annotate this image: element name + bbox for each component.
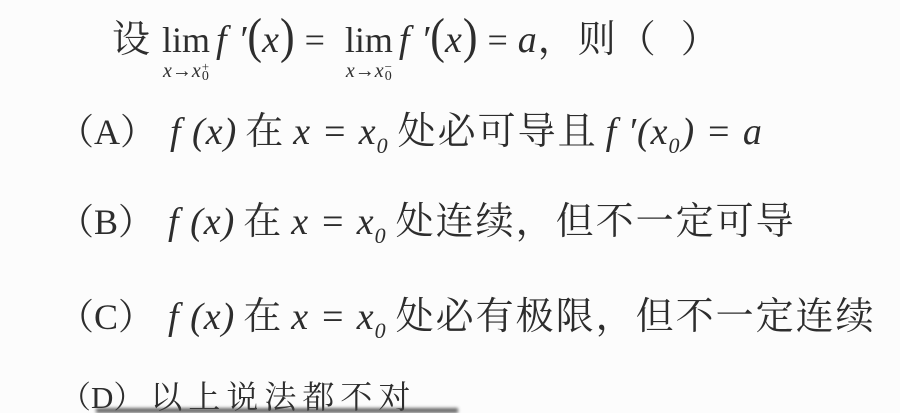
question-lead-text: 设 <box>112 8 152 63</box>
var-x: x <box>262 18 280 62</box>
limit-approach-text: x→x <box>346 61 384 81</box>
zai-text: 在 <box>243 285 283 340</box>
lim-operator: lim <box>162 22 210 60</box>
option-c-tail-text: 处必有极限，但不一定连续 <box>396 285 876 340</box>
var-x: x <box>445 18 463 62</box>
subscript-zero: 0 <box>669 133 680 159</box>
limit-approach-text: x→x <box>163 61 201 81</box>
option-c-label: （C） <box>58 289 154 340</box>
zai-text: 在 <box>243 190 283 245</box>
option-a: （A） f (x) 在 x = x 0 处必可导且 f ′(x 0 ) = a <box>58 100 763 155</box>
question-page: 设 lim x→x+0 f ′ ( x ) = lim x→x−0 f ′ ( … <box>0 0 900 413</box>
close-paren: ) <box>463 8 478 65</box>
close-paren: ) <box>280 8 295 65</box>
open-paren: ( <box>430 8 445 65</box>
f-of-x: f (x) <box>168 200 235 244</box>
plus-over-zero-stack: +0 <box>202 62 209 82</box>
limit-left-block: lim x→x−0 <box>345 22 393 81</box>
option-b: （B） f (x) 在 x = x 0 处连续，但不一定可导 <box>58 190 796 245</box>
option-b-label: （B） <box>58 194 154 245</box>
option-b-tail-text: 处连续，但不一定可导 <box>396 190 796 245</box>
x-equals-x: x = x <box>293 110 376 154</box>
option-a-middle-text: 处必可导且 <box>398 100 598 155</box>
limit-left-subscript: x→x−0 <box>346 61 392 81</box>
subscript-zero: 0 <box>202 72 209 83</box>
open-paren: ( <box>247 8 262 65</box>
zai-text: 在 <box>245 100 285 155</box>
subscript-zero: 0 <box>385 72 392 83</box>
minus-over-zero-stack: −0 <box>385 62 392 82</box>
f-prime: f ′ <box>216 18 247 62</box>
limit-right-subscript: x→x+0 <box>163 61 209 81</box>
question-line: 设 lim x→x+0 f ′ ( x ) = lim x→x−0 f ′ ( … <box>112 8 721 81</box>
lim-operator: lim <box>345 22 393 60</box>
option-d-tail-text: 以上说法都不对 <box>150 372 416 413</box>
x-equals-x: x = x <box>291 200 374 244</box>
value-a: a <box>518 18 538 62</box>
x-equals-x: x = x <box>291 295 374 339</box>
option-d-label: （D） <box>60 372 144 413</box>
option-a-label: （A） <box>58 104 156 155</box>
equals-sign: = <box>305 19 325 61</box>
option-d: （D） 以上说法都不对 <box>60 372 416 413</box>
subscript-zero: 0 <box>375 318 386 344</box>
f-prime: f ′ <box>399 18 430 62</box>
subscript-zero: 0 <box>377 133 388 159</box>
f-prime-x0-open: f ′(x <box>606 110 669 154</box>
bottom-edge-artifact <box>96 408 458 413</box>
option-c: （C） f (x) 在 x = x 0 处必有极限，但不一定连续 <box>58 285 876 340</box>
f-of-x: f (x) <box>168 295 235 339</box>
equals-sign: = <box>487 19 507 61</box>
subscript-zero: 0 <box>375 223 386 249</box>
f-prime-x0-close: ) = a <box>682 110 763 154</box>
question-tail-text: ，则（ ） <box>538 8 721 63</box>
f-of-x: f (x) <box>170 110 237 154</box>
limit-right-block: lim x→x+0 <box>162 22 210 81</box>
